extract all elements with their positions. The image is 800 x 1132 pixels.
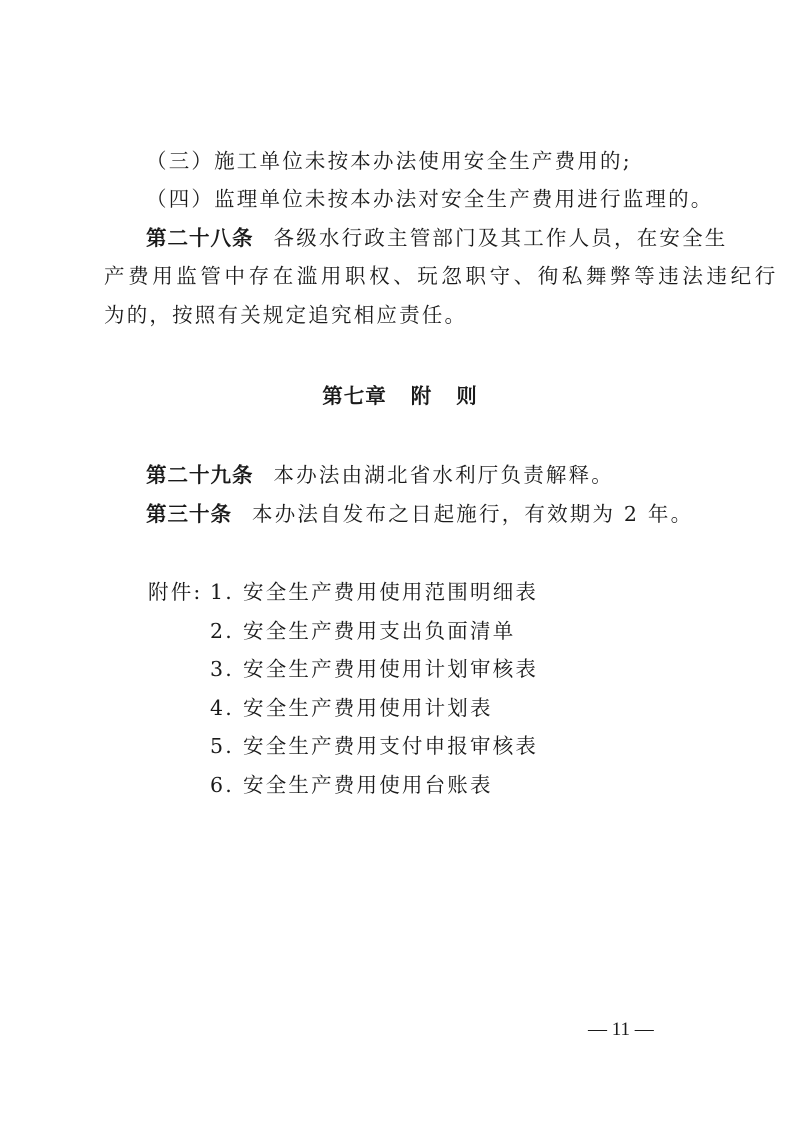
page-number: — 11 — [588,1018,654,1042]
attachment-4-number: 4. [210,696,234,720]
article-28-text-1: 各级水行政主管部门及其工作人员，在安全生 [274,226,728,250]
attachment-2-number: 2. [210,619,234,643]
attachment-1-title: 安全生产费用使用范围明细表 [243,580,538,604]
paragraph-item-3: （三）施工单位未按本办法使用安全生产费用的; [146,149,746,173]
article-29-label: 第二十九条 [146,463,254,487]
article-30-text: 本办法自发布之日起施行，有效期为 2 年。 [252,502,693,526]
chapter-number: 第七章 [322,384,387,408]
attachment-6-title: 安全生产费用使用台账表 [243,773,493,797]
article-28-line-1: 第二十八条各级水行政主管部门及其工作人员，在安全生 [146,226,746,250]
document-page: （三）施工单位未按本办法使用安全生产费用的; （四）监理单位未按本办法对安全生产… [0,0,800,1132]
attachments-label: 附件: [148,580,203,604]
attachment-2-title: 安全生产费用支出负面清单 [243,619,515,643]
article-28-label: 第二十八条 [146,226,254,250]
paragraph-item-4: （四）监理单位未按本办法对安全生产费用进行监理的。 [146,187,746,211]
article-30: 第三十条本办法自发布之日起施行，有效期为 2 年。 [146,502,746,526]
attachment-3-number: 3. [210,657,234,681]
attachment-3-title: 安全生产费用使用计划审核表 [243,657,538,681]
chapter-title-part-1: 附 [411,384,433,408]
attachment-5-number: 5. [210,734,234,758]
article-29-text: 本办法由湖北省水利厅负责解释。 [274,463,615,487]
attachment-4-title: 安全生产费用使用计划表 [243,696,493,720]
chapter-title-part-2: 则 [456,384,478,408]
attachment-1-number: 1. [210,580,234,604]
article-28-line-2: 产费用监管中存在滥用职权、玩忽职守、徇私舞弊等违法违纪行 [104,264,704,288]
article-28-line-3: 为的，按照有关规定追究相应责任。 [104,303,704,327]
attachment-6-number: 6. [210,773,234,797]
chapter-heading: 第七章附则 [0,384,800,408]
attachment-5-title: 安全生产费用支付申报审核表 [243,734,538,758]
article-30-label: 第三十条 [146,502,232,526]
article-29: 第二十九条本办法由湖北省水利厅负责解释。 [146,463,746,487]
